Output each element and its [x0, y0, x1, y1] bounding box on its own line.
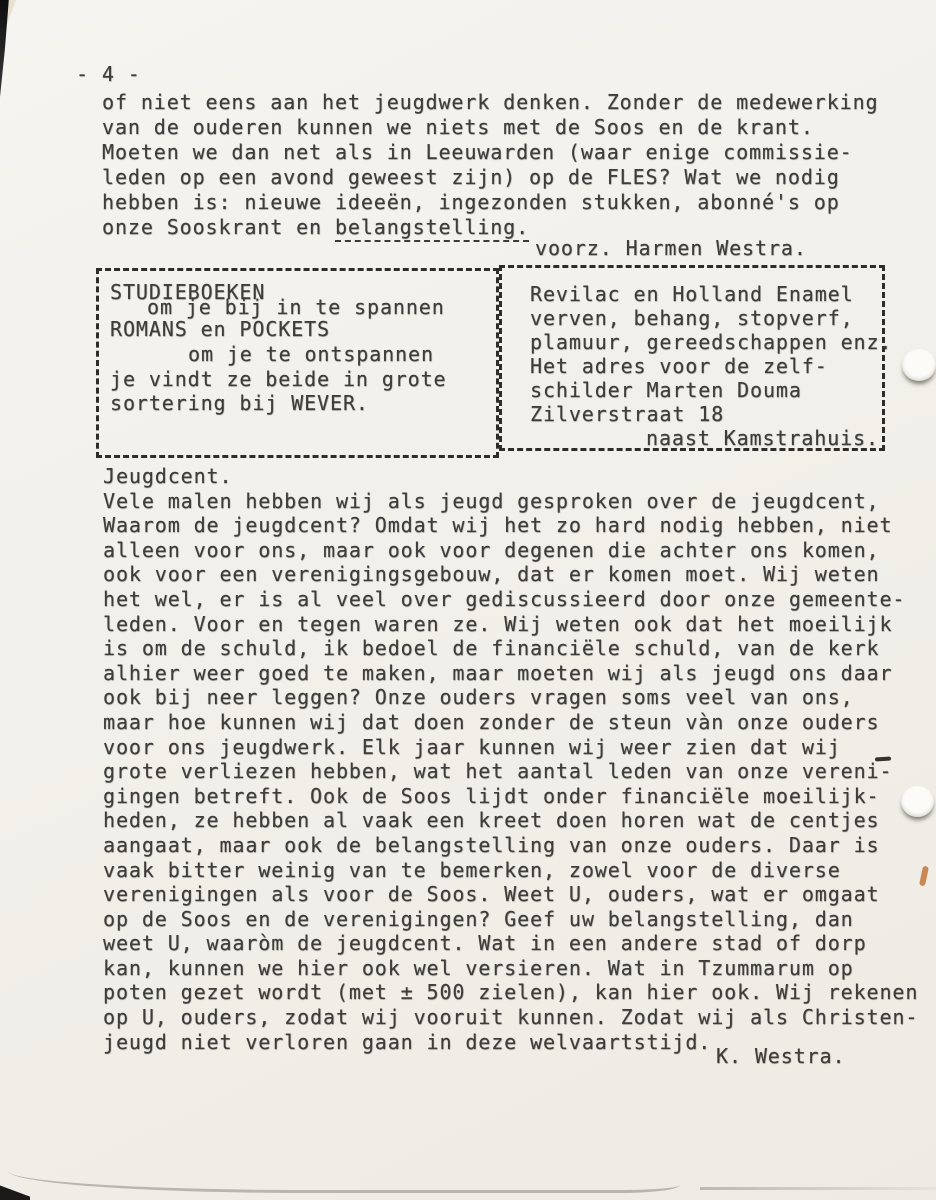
article-line: kan, kunnen we hier ook wel versieren. W… [103, 956, 918, 981]
article-line: leden. Voor en tegen waren ze. Wij weten… [103, 612, 918, 637]
article-line: ook voor een verenigingsgebouw, dat er k… [103, 562, 918, 587]
ad-line: Het adres voor de zelf- [530, 354, 882, 378]
ad-line: plamuur, gereedschappen enz. [530, 330, 882, 354]
article-line: voor ons jeugdwerk. Elk jaar kunnen wij … [103, 735, 918, 760]
article-line: ook bij neer leggen? Onze ouders vragen … [103, 685, 918, 710]
ad-box-painter: Revilac en Holland Enamel verven, behang… [499, 265, 885, 451]
text-line: Moeten we dan net als in Leeuwarden (waa… [102, 140, 878, 165]
scanned-document-page: - 4 - of niet eens aan het jeugdwerk den… [0, 0, 936, 1200]
article-title: Jeugdcent. [103, 464, 918, 489]
article-line: het wel, er is al veel over gediscussiee… [103, 587, 918, 612]
text-segment: onze Sooskrant en [102, 215, 335, 239]
article-line: maar hoe kunnen wij dat doen zonder de s… [103, 710, 918, 735]
ad-box-bookshop: STUDIEBOEKEN om je bij in te spannen ROM… [96, 268, 499, 458]
article-signature: K. Westra. [716, 1044, 845, 1068]
ad-line: om je bij in te spannen [147, 295, 496, 319]
article-line: weet U, waaròm de jeugdcent. Wat in een … [103, 931, 918, 956]
ad-line: schilder Marten Douma [530, 378, 882, 402]
ad-line: ROMANS en POCKETS [110, 317, 496, 341]
article-jeugdcent: Jeugdcent. Vele malen hebben wij als jeu… [103, 464, 918, 1054]
ad-line: Zilverstraat 18 [530, 402, 882, 426]
punch-hole-top [902, 349, 936, 381]
article-line: is om de schuld, ik bedoel de financiële… [103, 636, 918, 661]
article-line: alhier weer goed te maken, maar moeten w… [103, 661, 918, 686]
page-number: - 4 - [76, 62, 141, 86]
ad-line: Revilac en Holland Enamel [530, 282, 882, 306]
ad-line: sortering bij WEVER. [110, 391, 496, 415]
article-line: op U, ouders, zodat wij vooruit kunnen. … [103, 1005, 918, 1030]
article-line: aangaat, maar ook de belangstelling van … [103, 833, 918, 858]
article-line: verenigingen als voor de Soos. Weet U, o… [103, 882, 918, 907]
rust-stain-mark [919, 866, 929, 887]
scan-edge-bottom-left [0, 1183, 30, 1200]
article-line: grote verliezen hebben, wat het aantal l… [103, 759, 918, 784]
intro-paragraph: of niet eens aan het jeugdwerk denken. Z… [102, 90, 878, 240]
article-line: alleen voor ons, maar ook voor degenen d… [103, 538, 918, 563]
page-curl-shadow-right [700, 1187, 936, 1190]
article-line: poten gezet wordt (met ± 500 zielen), ka… [103, 980, 918, 1005]
article-line: op de Soos en de verenigingen? Geef uw b… [103, 907, 918, 932]
ad-line: om je te ontspannen [188, 342, 496, 366]
article-line: Vele malen hebben wij als jeugd gesproke… [103, 489, 918, 514]
text-line: leden op een avond geweest zijn) op de F… [102, 165, 878, 190]
ad-line: naast Kamstrahuis. [646, 426, 882, 450]
text-line: van de ouderen kunnen we niets met de So… [102, 115, 878, 140]
page-curl-shadow-left [8, 1168, 680, 1193]
article-line: Waarom de jeugdcent? Omdat wij het zo ha… [103, 513, 918, 538]
article-line: heden, ze hebben al vaak een kreet doen … [103, 808, 918, 833]
text-line: of niet eens aan het jeugdwerk denken. Z… [102, 90, 878, 115]
text-line: hebben is: nieuwe ideeën, ingezonden stu… [102, 190, 878, 215]
intro-signature: voorz. Harmen Westra. [535, 236, 807, 260]
ad-line: je vindt ze beide in grote [110, 367, 496, 391]
underlined-word: belangstelling. [335, 215, 529, 242]
article-line: vaak bitter weinig van te bemerken, zowe… [103, 858, 918, 883]
ad-line: verven, behang, stopverf, [530, 306, 882, 330]
article-line: gingen betreft. Ook de Soos lijdt onder … [103, 784, 918, 809]
